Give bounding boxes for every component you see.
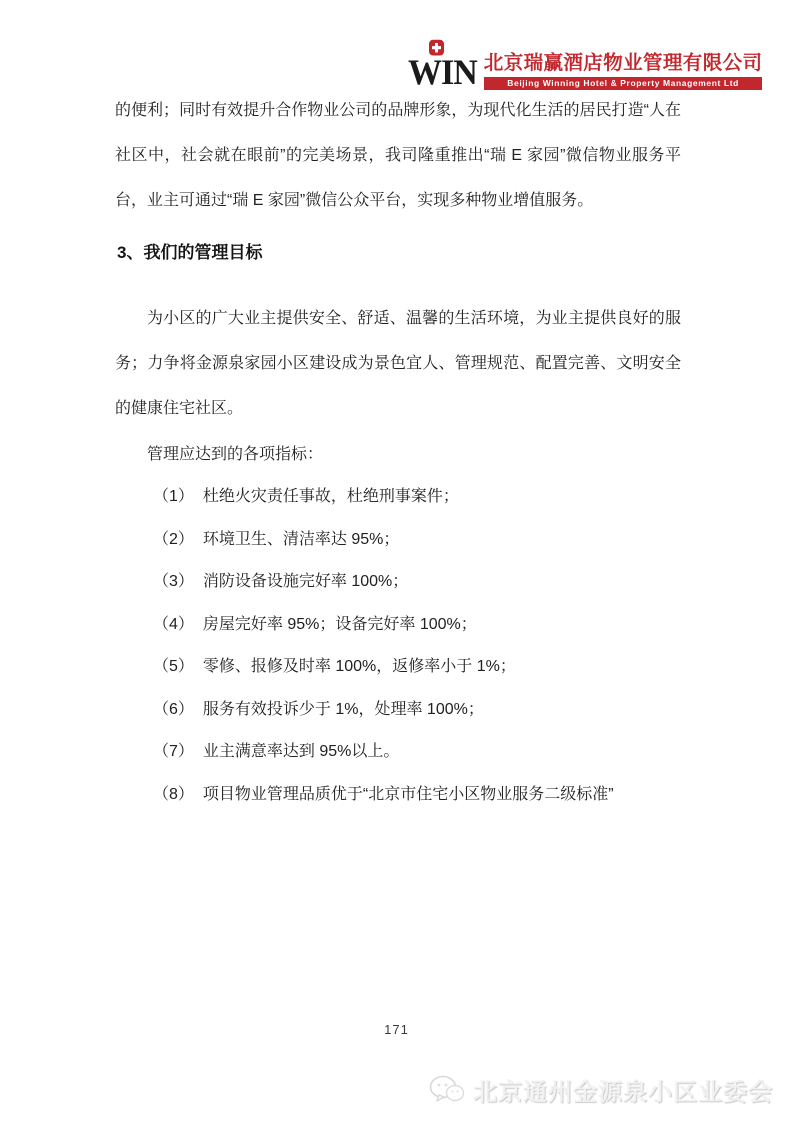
section-heading: 3、我们的管理目标 bbox=[117, 238, 681, 268]
list-item-text: 房屋完好率 95%；设备完好率 100%； bbox=[203, 604, 681, 647]
document-page: WIN 北京瑞赢酒店物业管理有限公司 Beijing Winning Hotel… bbox=[0, 0, 793, 1122]
list-item: （5） 零修、报修及时率 100%，返修率小于 1%； bbox=[115, 646, 681, 689]
indicators-intro: 管理应达到的各项指标： bbox=[115, 433, 681, 476]
list-item: （1） 杜绝火灾责任事故，杜绝刑事案件； bbox=[115, 476, 681, 519]
list-item-number: （8） bbox=[153, 774, 194, 817]
list-item-number: （7） bbox=[153, 731, 194, 774]
page-number: 171 bbox=[0, 1022, 793, 1037]
watermark-text: 北京通州金源泉小区业委会 bbox=[473, 1072, 773, 1107]
intro-paragraph: 的便利；同时有效提升合作物业公司的品牌形象，为现代化生活的居民打造“人在社区中，… bbox=[115, 88, 681, 223]
section-paragraph: 为小区的广大业主提供安全、舒适、温馨的生活环境，为业主提供良好的服务；力争将金源… bbox=[115, 296, 681, 431]
list-item: （2） 环境卫生、清洁率达 95%； bbox=[115, 519, 681, 562]
list-item-number: （4） bbox=[153, 604, 194, 647]
list-item: （8） 项目物业管理品质优于“北京市住宅小区物业服务二级标准” bbox=[115, 774, 681, 817]
list-item-text: 项目物业管理品质优于“北京市住宅小区物业服务二级标准” bbox=[203, 774, 681, 817]
list-item: （7） 业主满意率达到 95%以上。 bbox=[115, 731, 681, 774]
list-item-number: （3） bbox=[153, 561, 194, 604]
list-item-text: 服务有效投诉少于 1%，处理率 100%； bbox=[203, 689, 681, 732]
list-item-number: （6） bbox=[153, 689, 194, 732]
win-wordmark: WIN bbox=[408, 39, 477, 92]
watermark: 北京通州金源泉小区业委会 bbox=[429, 1072, 773, 1107]
wechat-icon bbox=[429, 1074, 465, 1106]
company-logo: WIN 北京瑞赢酒店物业管理有限公司 Beijing Winning Hotel… bbox=[408, 40, 762, 90]
list-item-text: 环境卫生、清洁率达 95%； bbox=[203, 519, 681, 562]
win-text: WIN bbox=[408, 53, 477, 92]
list-item-text: 业主满意率达到 95%以上。 bbox=[203, 731, 681, 774]
list-item-text: 杜绝火灾责任事故，杜绝刑事案件； bbox=[203, 476, 681, 519]
document-body: 的便利；同时有效提升合作物业公司的品牌形象，为现代化生活的居民打造“人在社区中，… bbox=[115, 88, 681, 816]
list-item: （6） 服务有效投诉少于 1%，处理率 100%； bbox=[115, 689, 681, 732]
list-item-number: （2） bbox=[153, 519, 194, 562]
list-item: （3） 消防设备设施完好率 100%； bbox=[115, 561, 681, 604]
list-item: （4） 房屋完好率 95%；设备完好率 100%； bbox=[115, 604, 681, 647]
list-item-text: 消防设备设施完好率 100%； bbox=[203, 561, 681, 604]
list-item-number: （1） bbox=[153, 476, 194, 519]
company-names: 北京瑞赢酒店物业管理有限公司 Beijing Winning Hotel & P… bbox=[484, 51, 763, 90]
list-item-text: 零修、报修及时率 100%，返修率小于 1%； bbox=[203, 646, 681, 689]
list-item-number: （5） bbox=[153, 646, 194, 689]
company-name-zh: 北京瑞赢酒店物业管理有限公司 bbox=[484, 51, 763, 76]
plus-badge-icon bbox=[429, 40, 444, 56]
